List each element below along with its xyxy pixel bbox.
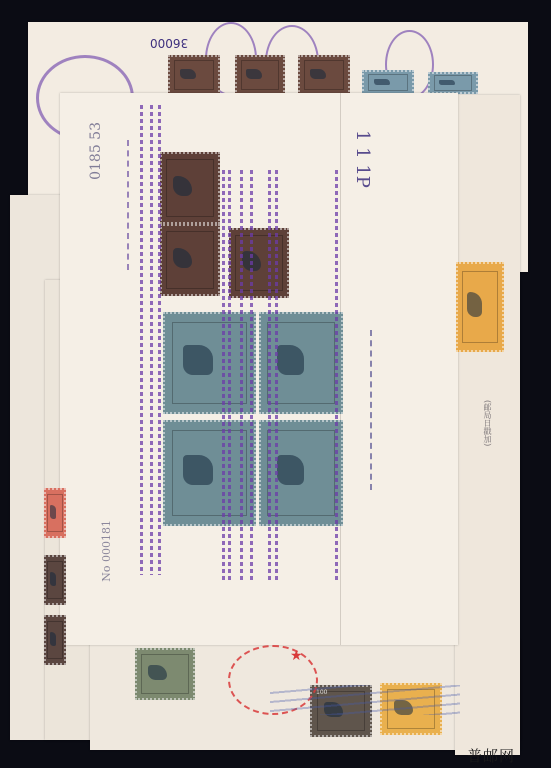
stamp-brown-main-1 (160, 152, 220, 224)
top-amount: 36000 (150, 36, 188, 50)
bottom-serial: No 000181 (100, 520, 113, 582)
cancel-mark (228, 170, 231, 580)
cancel-mark (268, 170, 271, 580)
cancel-mark (275, 170, 278, 580)
stamp-red-left (44, 488, 66, 538)
stamp-green-bottom (135, 648, 195, 700)
flag-icon (374, 79, 390, 85)
right-note: (邮局日戳加) (482, 400, 493, 446)
cancel-mark (150, 105, 153, 575)
handwritten-column-right (370, 330, 394, 490)
flag-icon (310, 69, 326, 80)
cancel-mark (250, 170, 253, 580)
cancel-mark (240, 170, 243, 580)
flag-icon (183, 345, 213, 374)
flag-icon (50, 505, 56, 519)
flag-icon (180, 69, 196, 80)
flag-icon (183, 455, 213, 486)
stamp-brown-top-3 (298, 55, 350, 95)
blue-postmark-lines (270, 685, 460, 715)
stamp-brown-left-2 (44, 615, 66, 665)
cancel-mark (140, 105, 143, 575)
handwritten-column-left (127, 140, 147, 270)
stamp-brown-main-3 (229, 228, 289, 298)
stamp-orange-right (456, 262, 504, 352)
flag-icon (277, 345, 304, 374)
stamp-blue-main-2 (259, 312, 343, 414)
stamp-brown-main-2 (160, 224, 220, 296)
stamp-brown-top-1 (168, 55, 220, 95)
cancel-mark (158, 105, 161, 575)
stamp-blue-top-2 (428, 72, 478, 94)
flag-icon (50, 572, 56, 586)
cancel-mark (335, 170, 338, 580)
flag-icon (246, 69, 262, 80)
handwritten-date: 1 1 1P (352, 130, 373, 188)
watermark: 普邮网 (467, 745, 515, 766)
cancel-mark (222, 170, 225, 580)
serial-number: 0185 53 (88, 122, 104, 180)
flag-icon (439, 80, 455, 85)
stamp-brown-left-1 (44, 555, 66, 605)
stamp-blue-main-4 (259, 420, 343, 526)
red-star-icon: ★ (290, 648, 303, 664)
flag-icon (50, 632, 56, 646)
stamp-blue-top-1 (362, 70, 414, 95)
flag-icon (277, 455, 304, 486)
stamp-brown-top-2 (235, 55, 285, 95)
